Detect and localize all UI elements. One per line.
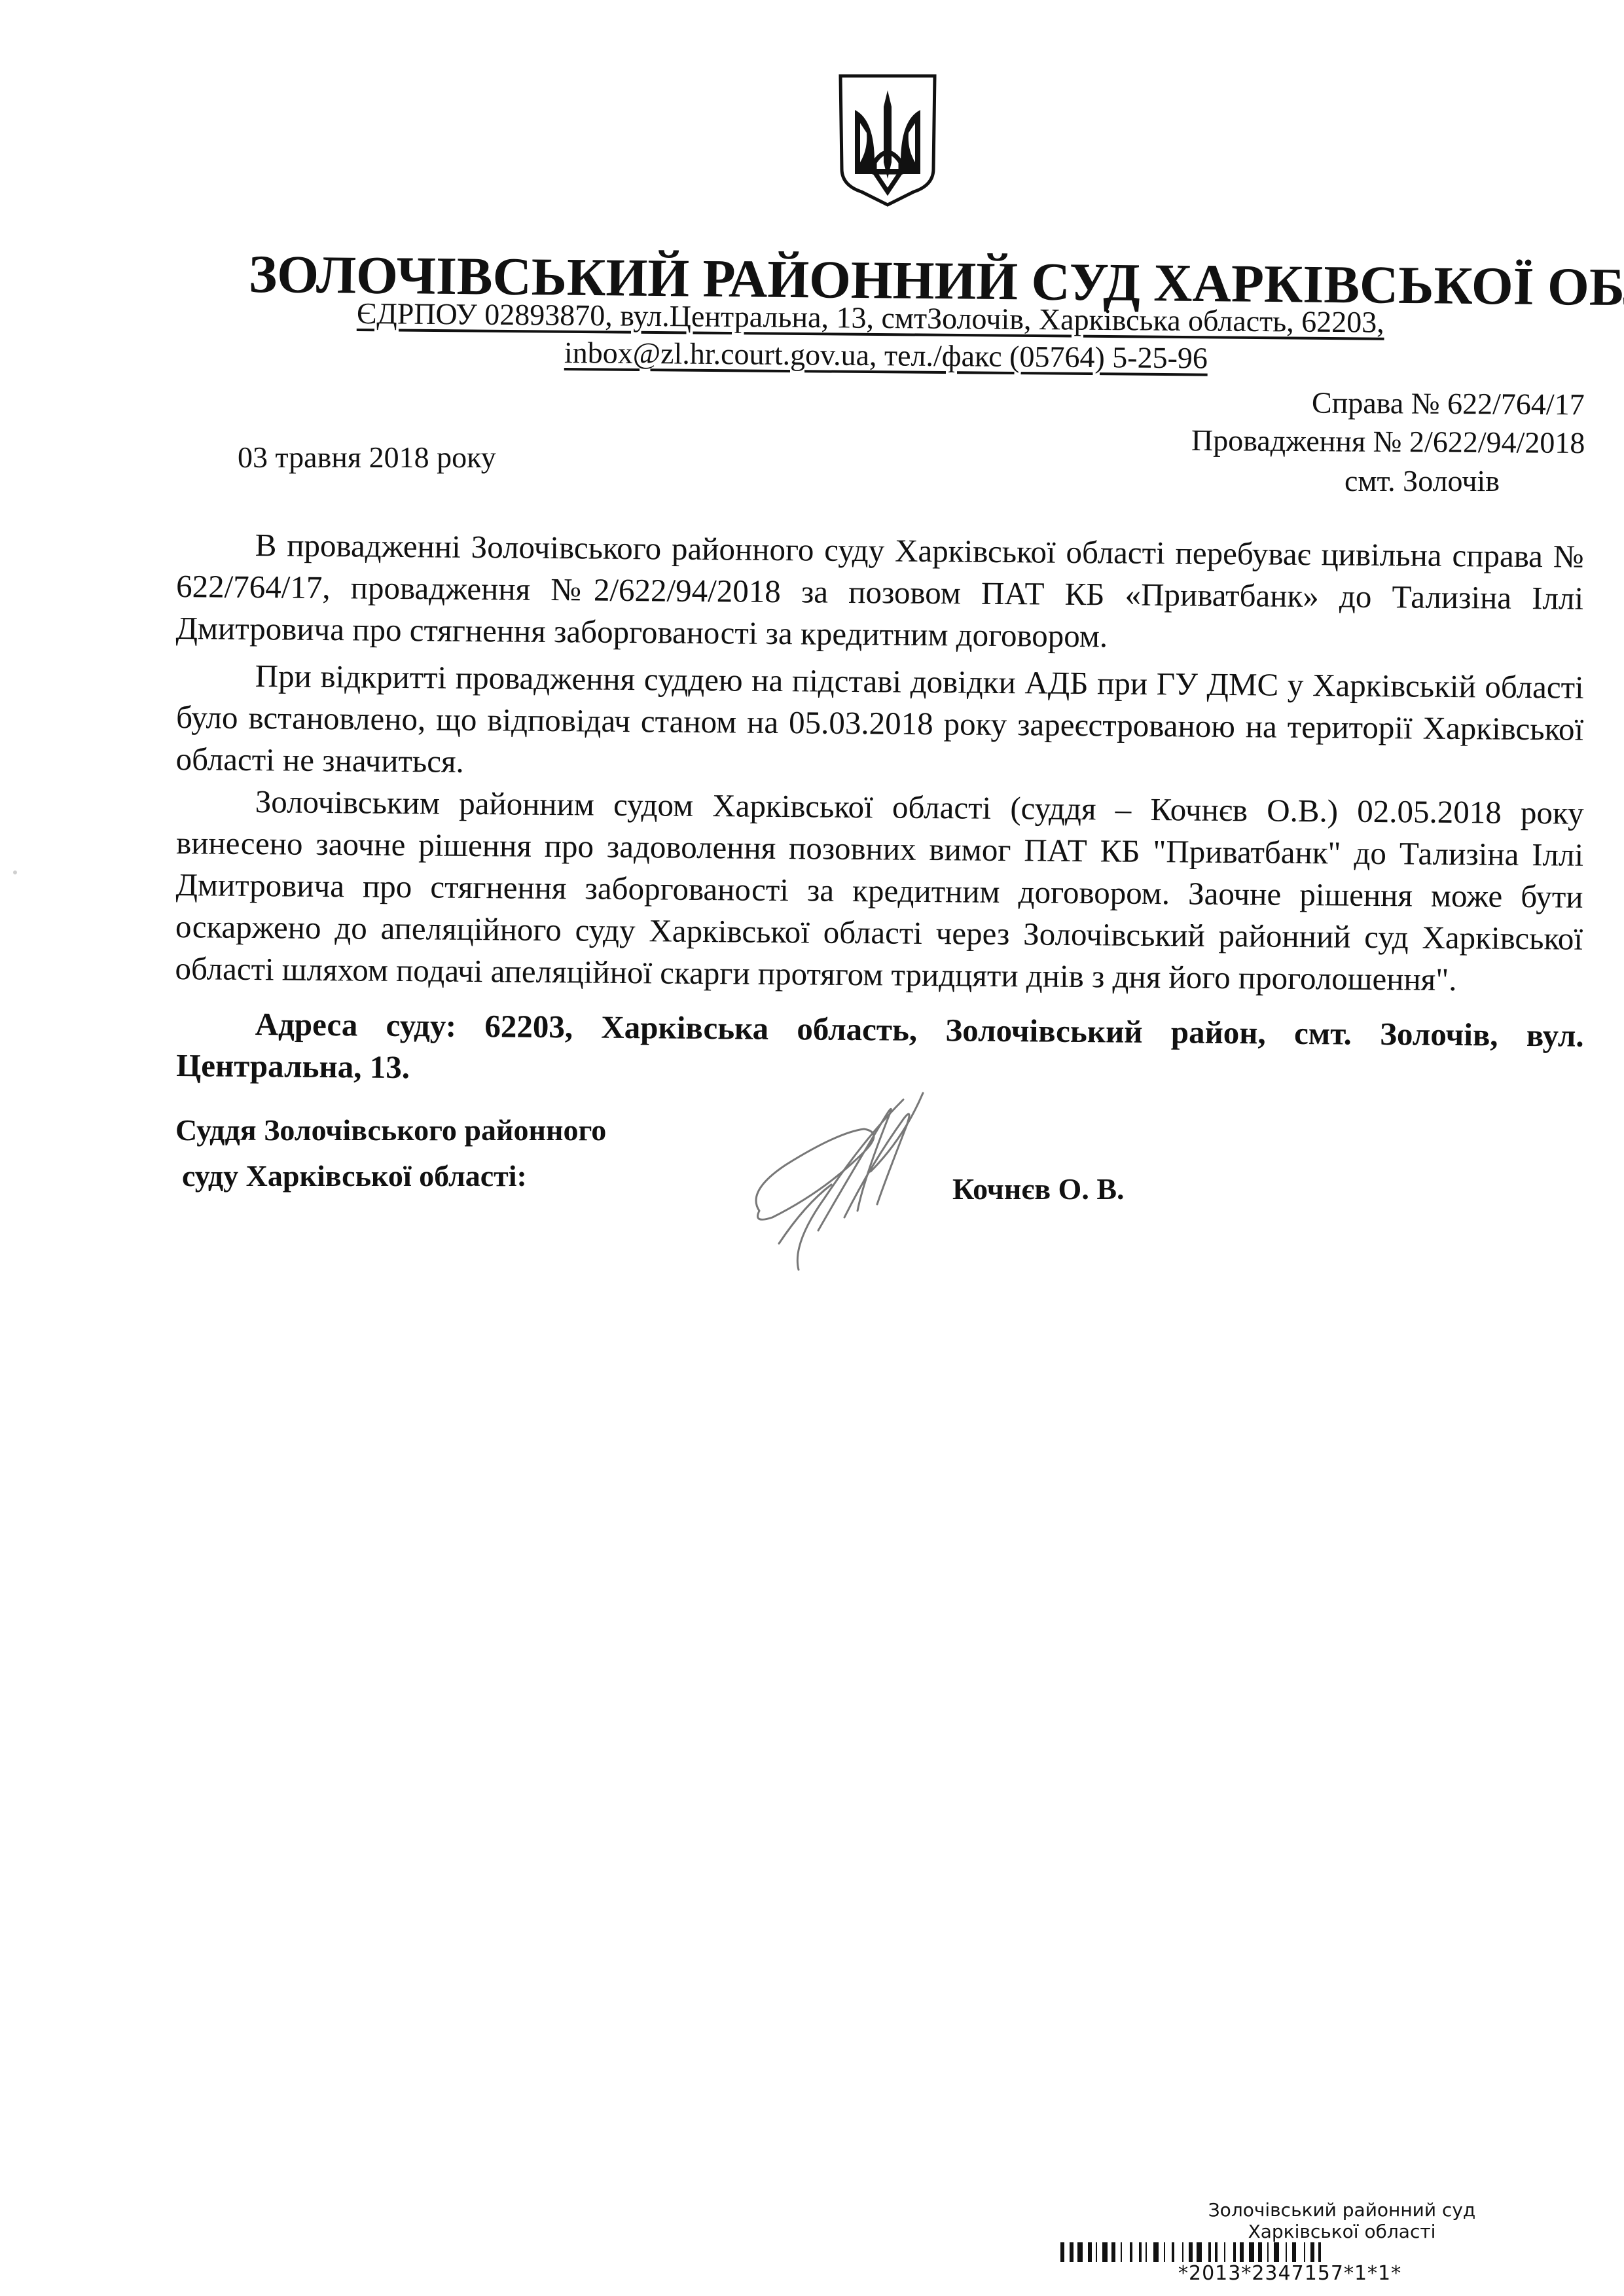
ukraine-coat-of-arms-icon bbox=[835, 71, 940, 208]
paragraph-text: При відкритті провадження суддею на підс… bbox=[175, 655, 1584, 793]
paragraph-decision: Золочівським районним судом Харківської … bbox=[175, 780, 1584, 1002]
stamp-org-line-1: Золочівський районний суд bbox=[1139, 2199, 1545, 2221]
case-number: Справа № 622/764/17 bbox=[1312, 386, 1585, 422]
barcode-icon bbox=[1060, 2242, 1427, 2262]
proceeding-number: Провадження № 2/622/94/2018 bbox=[1191, 423, 1585, 460]
document-date: 03 травня 2018 року bbox=[238, 440, 496, 475]
paragraph-case-info: В провадженні Золочівського районного су… bbox=[175, 524, 1584, 662]
registration-stamp: Золочівський районний суд Харківської об… bbox=[1178, 2199, 1545, 2285]
paragraph-registration: При відкритті провадження суддею на підс… bbox=[175, 655, 1584, 793]
barcode-number: *2013*2347157*1*1* bbox=[1178, 2262, 1545, 2285]
stamp-org-line-2: Харківської області bbox=[1139, 2221, 1545, 2242]
scan-speck bbox=[13, 870, 17, 874]
paragraph-text: Золочівським районним судом Харківської … bbox=[175, 780, 1584, 1002]
paragraph-text: В провадженні Золочівського районного су… bbox=[175, 524, 1584, 662]
settlement-name: смт. Золочів bbox=[1344, 463, 1500, 498]
court-contact-email-phone: inbox@zl.hr.court.gov.ua, тел./факс (057… bbox=[564, 335, 1208, 376]
signer-name: Кочнєв О. В. bbox=[952, 1172, 1125, 1206]
signer-title-line-1: Суддя Золочівського районного bbox=[175, 1113, 606, 1147]
signer-title-line-2: суду Харківської області: bbox=[182, 1158, 527, 1193]
